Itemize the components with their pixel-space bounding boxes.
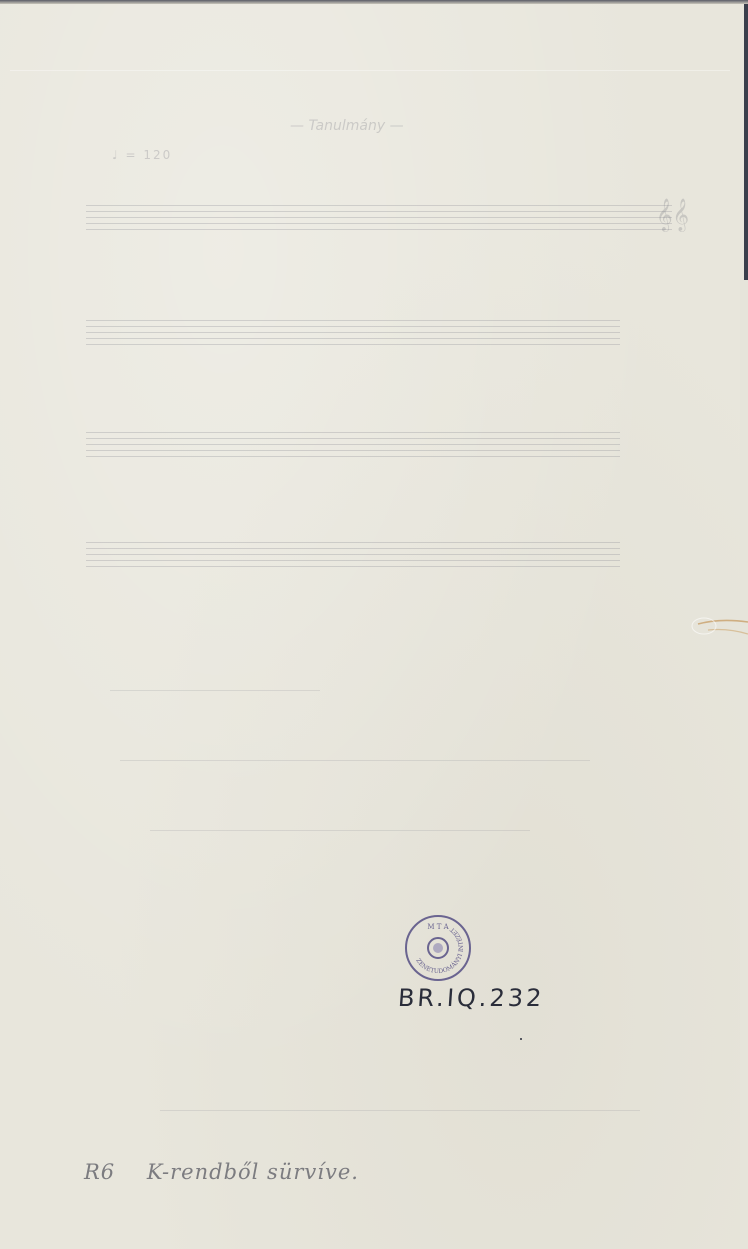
bleed-through-line: [120, 760, 590, 761]
bleed-through-stave: [86, 432, 620, 458]
bleed-through-line: [160, 1110, 640, 1111]
svg-text:M T A: M T A: [427, 923, 449, 931]
paper-sheet: [0, 0, 744, 1249]
bleed-through-line: [110, 690, 320, 691]
pencil-note-text: K-rendből sürvíve.: [147, 1160, 359, 1184]
paper-top-edge: [0, 0, 748, 4]
shelfmark: BR.IQ.232: [397, 984, 545, 1012]
fold-crease: [10, 70, 730, 71]
library-stamp: M T A ZENETUDOMÁNYI INTÉZET: [404, 914, 472, 982]
bleed-through-heading: — Tanulmány —: [290, 118, 404, 134]
paper-tear: [690, 612, 748, 638]
bleed-through-stave: [86, 542, 620, 568]
bleed-through-tempo: ♩ = 120: [112, 148, 172, 162]
bleed-through-stave: [86, 205, 672, 231]
ink-dot: [520, 1038, 522, 1040]
bleed-through-line: [150, 830, 530, 831]
pencil-note-code: R6: [84, 1160, 115, 1184]
pencil-note: R6 K-rendből sürvíve.: [84, 1160, 359, 1184]
bleed-through-stave: [86, 320, 620, 346]
paper-edge-extension: [740, 280, 748, 1249]
